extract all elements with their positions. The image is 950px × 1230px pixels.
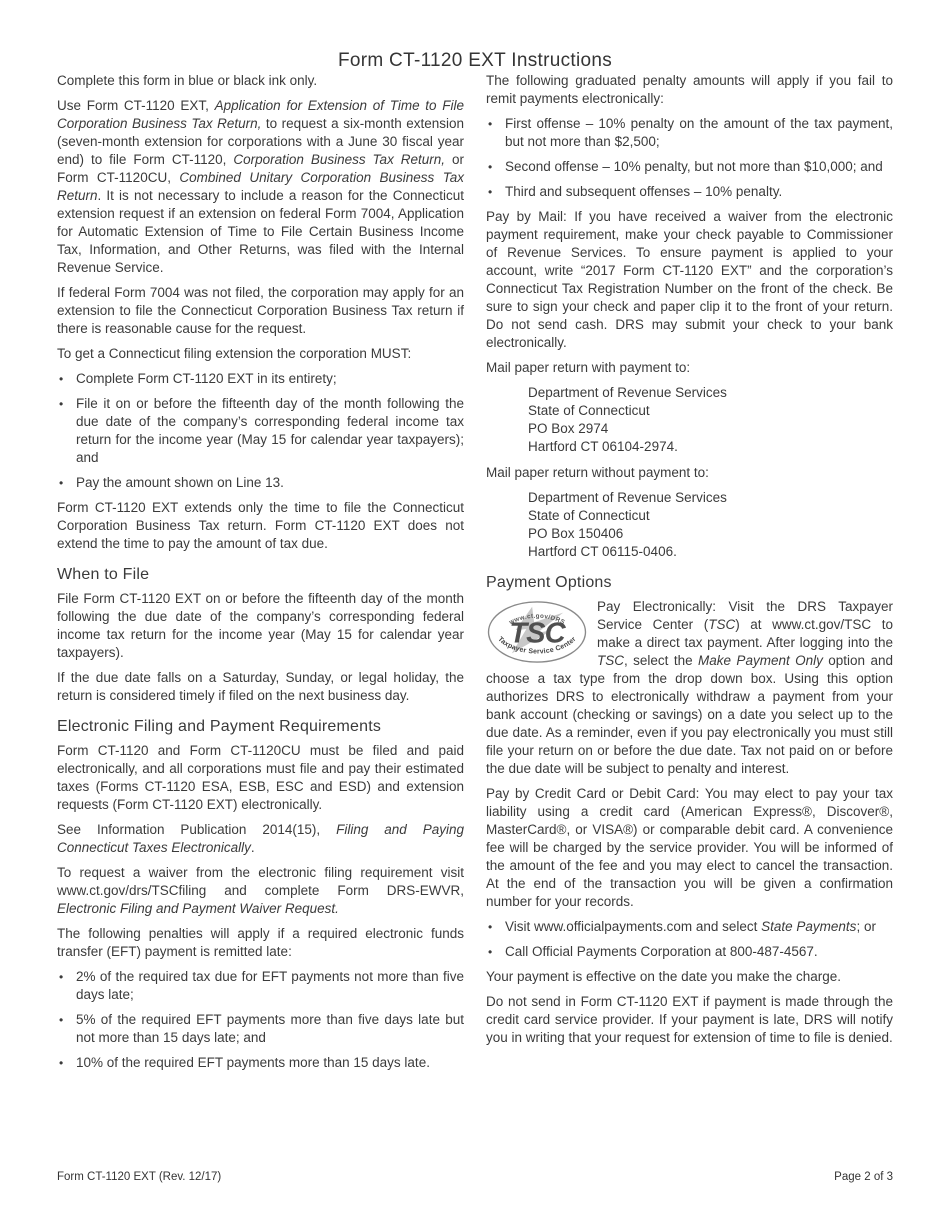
text-run: Third and subsequent offenses – 10% pena… [505,184,782,199]
paragraph: File Form CT-1120 EXT on or before the f… [57,590,464,662]
address-line: Department of Revenue Services [528,384,893,402]
text-run: If the due date falls on a Saturday, Sun… [57,670,464,703]
address-line: State of Connecticut [528,507,893,525]
bullet-item: •10% of the required EFT payments more t… [57,1054,464,1072]
section-heading: Payment Options [486,573,893,593]
text-run: 10% of the required EFT payments more th… [76,1055,430,1070]
bullet-icon: • [57,395,76,467]
address-line: Hartford CT 06104-2974. [528,438,893,456]
bullet-icon: • [57,968,76,1004]
paragraph: Use Form CT-1120 EXT, Application for Ex… [57,97,464,277]
paragraph: Mail paper return with payment to: [486,359,893,377]
bullet-icon: • [57,474,76,492]
text-run: To request a waiver from the electronic … [57,865,464,898]
footer-form-revision: Form CT-1120 EXT (Rev. 12/17) [57,1171,221,1183]
text-run: Pay by Mail: If you have received a waiv… [486,209,893,350]
paragraph: Your payment is effective on the date yo… [486,968,893,986]
text-run: Second offense – 10% penalty, but not mo… [505,159,883,174]
bullet-item: •Pay the amount shown on Line 13. [57,474,464,492]
text-run: 5% of the required EFT payments more tha… [76,1012,464,1045]
paragraph: Mail paper return without payment to: [486,464,893,482]
text-run: Form CT-1120 EXT extends only the time t… [57,500,464,551]
text-run-italic: State Payments [761,919,856,934]
bullet-text: 5% of the required EFT payments more tha… [76,1011,464,1047]
paragraph: If the due date falls on a Saturday, Sun… [57,669,464,705]
text-run: Pay by Credit Card or Debit Card: You ma… [486,786,893,909]
bullet-item: •5% of the required EFT payments more th… [57,1011,464,1047]
footer-page-number: Page 2 of 3 [834,1171,893,1183]
bullet-text: 2% of the required tax due for EFT payme… [76,968,464,1004]
paragraph: Form CT-1120 and Form CT-1120CU must be … [57,742,464,814]
text-run: , select the [624,653,698,668]
paragraph: Complete this form in blue or black ink … [57,72,464,90]
text-run: . It is not necessary to include a reaso… [57,188,464,275]
paragraph: Do not send in Form CT-1120 EXT if payme… [486,993,893,1047]
bullet-icon: • [57,370,76,388]
text-run: Complete this form in blue or black ink … [57,73,317,88]
bullet-item: •Call Official Payments Corporation at 8… [486,943,893,961]
text-run: First offense – 10% penalty on the amoun… [505,116,893,149]
bullet-text: Call Official Payments Corporation at 80… [505,943,893,961]
paragraph-with-logo: www.ct.gov/DRSTSCTaxpayer Service Center… [486,598,893,778]
bullet-text: Complete Form CT-1120 EXT in its entiret… [76,370,464,388]
bullet-text: Second offense – 10% penalty, but not mo… [505,158,893,176]
text-run: option and choose a tax type from the dr… [486,653,893,776]
text-run: Call Official Payments Corporation at 80… [505,944,818,959]
text-run: See Information Publication 2014(15), [57,822,336,837]
text-run: . [251,840,255,855]
page-title: Form CT-1120 EXT Instructions [0,50,950,72]
address-line: State of Connecticut [528,402,893,420]
section-heading: When to File [57,565,464,585]
bullet-text: File it on or before the fifteenth day o… [76,395,464,467]
address-block: Department of Revenue ServicesState of C… [528,489,893,561]
text-run: Pay the amount shown on Line 13. [76,475,284,490]
bullet-text: Pay the amount shown on Line 13. [76,474,464,492]
paragraph: Form CT-1120 EXT extends only the time t… [57,499,464,553]
text-run: Form CT-1120 and Form CT-1120CU must be … [57,743,464,812]
text-run: Visit www.officialpayments.com and selec… [505,919,761,934]
bullet-text: Visit www.officialpayments.com and selec… [505,918,893,936]
bullet-icon: • [486,115,505,151]
bullet-icon: • [486,158,505,176]
address-line: Hartford CT 06115-0406. [528,543,893,561]
logo-tsc-text: TSC [509,618,566,650]
bullet-icon: • [486,918,505,936]
tsc-taxpayer-service-center-logo: www.ct.gov/DRSTSCTaxpayer Service Center [486,600,588,664]
text-run: Use Form CT-1120 EXT, [57,98,215,113]
address-line: Department of Revenue Services [528,489,893,507]
bullet-item: •2% of the required tax due for EFT paym… [57,968,464,1004]
bullet-icon: • [57,1011,76,1047]
text-run-italic: TSC [597,653,624,668]
address-line: PO Box 2974 [528,420,893,438]
document-page: Form CT-1120 EXT Instructions Complete t… [0,0,950,1230]
bullet-item: •Visit www.officialpayments.com and sele… [486,918,893,936]
bullet-item: •Third and subsequent offenses – 10% pen… [486,183,893,201]
text-run: Complete Form CT-1120 EXT in its entiret… [76,371,337,386]
bullet-item: •File it on or before the fifteenth day … [57,395,464,467]
text-run-italic: Corporation Business Tax Return, [233,152,445,167]
text-run: File it on or before the fifteenth day o… [76,396,464,465]
text-run: ; or [856,919,876,934]
text-run: Mail paper return without payment to: [486,465,709,480]
right-column: The following graduated penalty amounts … [486,72,893,1079]
left-column: Complete this form in blue or black ink … [57,72,464,1079]
paragraph: See Information Publication 2014(15), Fi… [57,821,464,857]
text-run: Mail paper return with payment to: [486,360,690,375]
bullet-item: •Second offense – 10% penalty, but not m… [486,158,893,176]
text-run: Your payment is effective on the date yo… [486,969,841,984]
page-footer: Form CT-1120 EXT (Rev. 12/17) Page 2 of … [57,1171,893,1183]
text-run: File Form CT-1120 EXT on or before the f… [57,591,464,660]
text-run: The following penalties will apply if a … [57,926,464,959]
text-run: The following graduated penalty amounts … [486,73,893,106]
text-run: 2% of the required tax due for EFT payme… [76,969,464,1002]
two-column-body: Complete this form in blue or black ink … [57,72,893,1079]
paragraph: The following graduated penalty amounts … [486,72,893,108]
paragraph: Pay by Mail: If you have received a waiv… [486,208,893,352]
bullet-icon: • [486,943,505,961]
paragraph: If federal Form 7004 was not filed, the … [57,284,464,338]
paragraph: The following penalties will apply if a … [57,925,464,961]
bullet-item: •First offense – 10% penalty on the amou… [486,115,893,151]
text-run-italic: TSC [708,617,735,632]
address-block: Department of Revenue ServicesState of C… [528,384,893,456]
bullet-item: •Complete Form CT-1120 EXT in its entire… [57,370,464,388]
text-run-italic: Make Payment Only [698,653,823,668]
text-run: Do not send in Form CT-1120 EXT if payme… [486,994,893,1045]
text-run: If federal Form 7004 was not filed, the … [57,285,464,336]
text-run-italic: Electronic Filing and Payment Waiver Req… [57,901,339,916]
bullet-text: First offense – 10% penalty on the amoun… [505,115,893,151]
address-line: PO Box 150406 [528,525,893,543]
bullet-icon: • [57,1054,76,1072]
bullet-text: Third and subsequent offenses – 10% pena… [505,183,893,201]
bullet-icon: • [486,183,505,201]
text-run: To get a Connecticut filing extension th… [57,346,411,361]
paragraph: To request a waiver from the electronic … [57,864,464,918]
bullet-text: 10% of the required EFT payments more th… [76,1054,464,1072]
section-heading: Electronic Filing and Payment Requiremen… [57,717,464,737]
paragraph: To get a Connecticut filing extension th… [57,345,464,363]
paragraph: Pay by Credit Card or Debit Card: You ma… [486,785,893,911]
